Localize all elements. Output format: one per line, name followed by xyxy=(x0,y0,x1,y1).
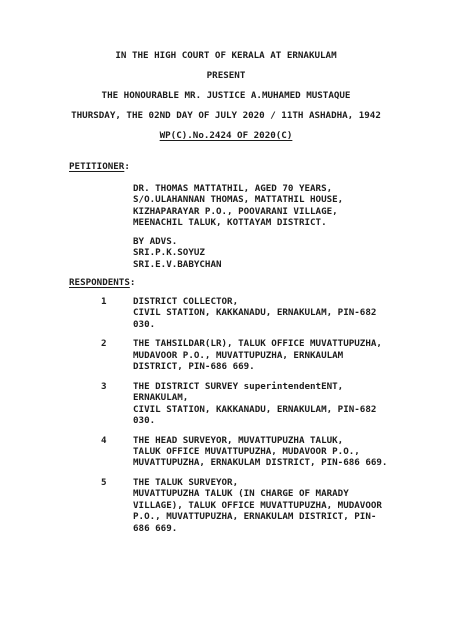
respondents-label-colon: : xyxy=(130,277,136,288)
text-line: ERNAKULAM, xyxy=(133,392,452,403)
petitioner-details: DR. THOMAS MATTATHIL, AGED 70 YEARS,S/O.… xyxy=(133,183,343,229)
text-line: P.O., MUVATTUPUZHA, ERNAKULAM DISTRICT, … xyxy=(133,511,452,522)
present-heading: PRESENT xyxy=(0,66,452,86)
respondent-address: DISTRICT COLLECTOR,CIVIL STATION, KAKKAN… xyxy=(133,296,452,330)
hearing-date-line: THURSDAY, THE 02ND DAY OF JULY 2020 / 11… xyxy=(0,106,452,126)
court-title: IN THE HIGH COURT OF KERALA AT ERNAKULAM xyxy=(0,46,452,66)
petitioner-label: PETITIONER xyxy=(69,161,124,172)
respondent-item: 3 THE DISTRICT SURVEY superintendentENT,… xyxy=(0,381,452,427)
respondent-address: THE TALUK SURVEYOR,MUVATTUPUZHA TALUK (I… xyxy=(133,477,452,534)
respondent-number: 4 xyxy=(101,435,107,446)
text-line: BY ADVS. xyxy=(133,236,222,247)
text-line: 686 669. xyxy=(133,523,452,534)
respondent-item: 4 THE HEAD SURVEYOR, MUVATTUPUZHA TALUK,… xyxy=(0,435,452,469)
text-line: SRI.E.V.BABYCHAN xyxy=(133,259,222,270)
petitioner-label-colon: : xyxy=(124,161,130,172)
respondent-address: THE DISTRICT SURVEY superintendentENT,ER… xyxy=(133,381,452,427)
respondent-address: THE HEAD SURVEYOR, MUVATTUPUZHA TALUK,TA… xyxy=(133,435,452,469)
respondent-address: THE TAHSILDAR(LR), TALUK OFFICE MUVATTUP… xyxy=(133,338,452,372)
respondent-number: 3 xyxy=(101,381,107,392)
text-line: VILLAGE), TALUK OFFICE MUVATTUPUZHA, MUD… xyxy=(133,500,452,511)
text-line: THE HEAD SURVEYOR, MUVATTUPUZHA TALUK, xyxy=(133,435,452,446)
petitioner-advocates: BY ADVS.SRI.P.K.SOYUZSRI.E.V.BABYCHAN xyxy=(133,236,222,270)
text-line: MUVATTUPUZHA TALUK (IN CHARGE OF MARADY xyxy=(133,488,452,499)
text-line: S/O.ULAHANNAN THOMAS, MATTATHIL HOUSE, xyxy=(133,194,343,205)
respondent-number: 2 xyxy=(101,338,107,349)
text-line: MUVATTUPUZHA, ERNAKULAM DISTRICT, PIN-68… xyxy=(133,457,452,468)
respondent-number: 1 xyxy=(101,296,107,307)
petitioner-section-label: PETITIONER: xyxy=(69,161,130,172)
respondent-item: 1 DISTRICT COLLECTOR,CIVIL STATION, KAKK… xyxy=(0,296,452,330)
respondents-section-label: RESPONDENTS: xyxy=(69,277,135,288)
text-line: 030. xyxy=(133,415,452,426)
text-line: THE DISTRICT SURVEY superintendentENT, xyxy=(133,381,452,392)
case-number-line: WP(C).No.2424 OF 2020(C) xyxy=(0,126,452,146)
respondent-item: 5 THE TALUK SURVEYOR,MUVATTUPUZHA TALUK … xyxy=(0,477,452,534)
text-line: THE TAHSILDAR(LR), TALUK OFFICE MUVATTUP… xyxy=(133,338,452,349)
text-line: DISTRICT COLLECTOR, xyxy=(133,296,452,307)
respondents-list: 1 DISTRICT COLLECTOR,CIVIL STATION, KAKK… xyxy=(0,296,452,542)
judge-name-line: THE HONOURABLE MR. JUSTICE A.MUHAMED MUS… xyxy=(0,86,452,106)
text-line: DISTRICT, PIN-686 669. xyxy=(133,361,452,372)
court-document-page: IN THE HIGH COURT OF KERALA AT ERNAKULAM… xyxy=(0,0,452,640)
text-line: THE TALUK SURVEYOR, xyxy=(133,477,452,488)
text-line: TALUK OFFICE MUVATTUPUZHA, MUDAVOOR P.O.… xyxy=(133,446,452,457)
text-line: KIZHAPARAYAR P.O., POOVARANI VILLAGE, xyxy=(133,206,343,217)
text-line: SRI.P.K.SOYUZ xyxy=(133,247,222,258)
respondent-item: 2 THE TAHSILDAR(LR), TALUK OFFICE MUVATT… xyxy=(0,338,452,372)
text-line: MUDAVOOR P.O., MUVATTUPUZHA, ERNKAULAM xyxy=(133,350,452,361)
text-line: CIVIL STATION, KAKKANADU, ERNAKULAM, PIN… xyxy=(133,307,452,318)
text-line: CIVIL STATION, KAKKANADU, ERNAKULAM, PIN… xyxy=(133,404,452,415)
document-header: IN THE HIGH COURT OF KERALA AT ERNAKULAM… xyxy=(0,46,452,146)
text-line: 030. xyxy=(133,319,452,330)
text-line: DR. THOMAS MATTATHIL, AGED 70 YEARS, xyxy=(133,183,343,194)
respondents-label: RESPONDENTS xyxy=(69,277,130,288)
case-number: WP(C).No.2424 OF 2020(C) xyxy=(160,130,293,141)
text-line: MEENACHIL TALUK, KOTTAYAM DISTRICT. xyxy=(133,217,343,228)
respondent-number: 5 xyxy=(101,477,107,488)
